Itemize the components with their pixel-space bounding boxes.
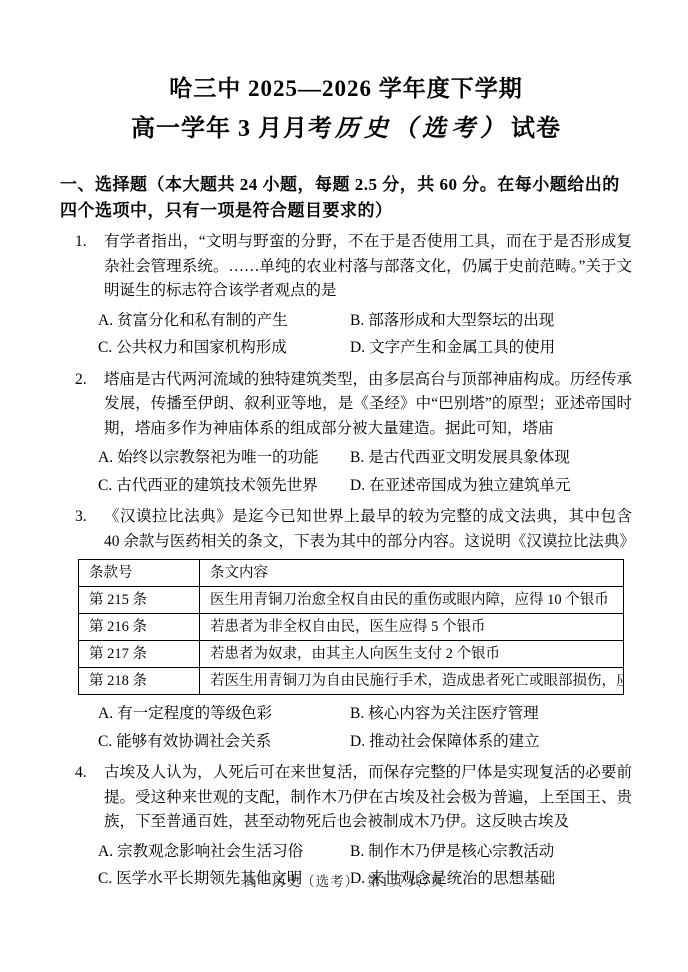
option-item: B.部落形成和大型祭坛的出现 xyxy=(350,307,632,335)
exam-title-line1: 哈三中 2025—2026 学年度下学期 xyxy=(60,70,632,108)
option-label: B. xyxy=(350,843,364,860)
option-item: D.推动社会保障体系的建立 xyxy=(350,728,632,756)
option-text: 核心内容为关注医疗管理 xyxy=(368,705,539,722)
question-3-options: A.有一定程度的等级色彩 B.核心内容为关注医疗管理 C.能够有效协调社会关系 … xyxy=(98,700,632,755)
option-item: B.核心内容为关注医疗管理 xyxy=(350,700,632,728)
table-row: 第 215 条 医生用青铜刀治愈全权自由民的重伤或眼内障，应得 10 个银币 xyxy=(79,587,624,614)
question-3-number: 3. xyxy=(75,505,87,530)
exam-title: 哈三中 2025—2026 学年度下学期 高一学年 3 月月考历史（选考）试卷 xyxy=(60,70,632,150)
option-item: C.能够有效协调社会关系 xyxy=(98,728,350,756)
option-text: 始终以宗教祭祀为唯一的功能 xyxy=(117,449,319,466)
option-label: D. xyxy=(350,339,365,356)
table-cell-article-no: 第 218 条 xyxy=(79,668,200,695)
title-line2-suffix: 试卷 xyxy=(511,116,561,142)
option-item: A.有一定程度的等级色彩 xyxy=(98,700,350,728)
option-text: 能够有效协调社会关系 xyxy=(116,733,271,750)
option-label: C. xyxy=(98,477,112,494)
option-item: C.公共权力和国家机构形成 xyxy=(98,334,350,362)
option-item: D.文字产生和金属工具的使用 xyxy=(350,334,632,362)
option-label: B. xyxy=(350,449,364,466)
question-1-options: A.贫富分化和私有制的产生 B.部落形成和大型祭坛的出现 C.公共权力和国家机构… xyxy=(98,307,632,362)
title-line2-prefix: 高一学年 3 月月考 xyxy=(131,116,333,142)
option-label: A. xyxy=(98,449,113,466)
option-item: B.是古代西亚文明发展具象体现 xyxy=(350,444,632,472)
option-item: A.始终以宗教祭祀为唯一的功能 xyxy=(98,444,350,472)
option-text: 宗教观念影响社会生活习俗 xyxy=(117,843,303,860)
question-2-number: 2. xyxy=(75,368,87,393)
table-cell-article-content: 若患者为奴隶，由其主人向医生支付 2 个银币 xyxy=(200,641,624,668)
option-label: A. xyxy=(98,843,113,860)
table-header-cell: 条文内容 xyxy=(200,560,624,587)
exam-page: 哈三中 2025—2026 学年度下学期 高一学年 3 月月考历史（选考）试卷 … xyxy=(0,0,688,972)
option-text: 是古代西亚文明发展具象体现 xyxy=(368,449,570,466)
table-cell-article-no: 第 217 条 xyxy=(79,641,200,668)
question-1-number: 1. xyxy=(75,230,87,255)
table-cell-article-content: 若医生用青铜刀为自由民施行手术，造成患者死亡或眼部损伤，应处以断指之刑 xyxy=(200,668,624,695)
question-3-stem: 《汉谟拉比法典》是迄今已知世界上最早的较为完整的成文法典，其中包含 40 余款与… xyxy=(104,508,635,550)
title-line2-subject-script: 历史（选考） xyxy=(333,116,511,142)
question-1: 1.有学者指出，“文明与野蛮的分野，不在于是否使用工具，而在于是否形成复杂社会管… xyxy=(60,230,632,304)
option-text: 贫富分化和私有制的产生 xyxy=(117,312,288,329)
option-item: D.在亚述帝国成为独立建筑单元 xyxy=(350,472,632,500)
hammurabi-code-table: 条款号 条文内容 第 215 条 医生用青铜刀治愈全权自由民的重伤或眼内障，应得… xyxy=(78,559,624,695)
option-item: A.宗教观念影响社会生活习俗 xyxy=(98,838,350,866)
option-label: B. xyxy=(350,705,364,722)
question-3: 3.《汉谟拉比法典》是迄今已知世界上最早的较为完整的成文法典，其中包含 40 余… xyxy=(60,505,632,554)
exam-title-line2: 高一学年 3 月月考历史（选考）试卷 xyxy=(60,108,632,150)
option-text: 有一定程度的等级色彩 xyxy=(117,705,272,722)
option-text: 文字产生和金属工具的使用 xyxy=(369,339,555,356)
option-text: 部落形成和大型祭坛的出现 xyxy=(368,312,554,329)
option-text: 制作木乃伊是核心宗教活动 xyxy=(368,843,554,860)
table-header-row: 条款号 条文内容 xyxy=(79,560,624,587)
question-4-stem: 古埃及人认为，人死后可在来世复活，而保存完整的尸体是实现复活的必要前提。受这种来… xyxy=(104,764,632,830)
question-4: 4.古埃及人认为，人死后可在来世复活，而保存完整的尸体是实现复活的必要前提。受这… xyxy=(60,761,632,835)
table-header-cell: 条款号 xyxy=(79,560,200,587)
option-label: A. xyxy=(98,312,113,329)
question-4-number: 4. xyxy=(75,761,87,786)
section-instructions: 一、选择题（本大题共 24 小题，每题 2.5 分，共 60 分。在每小题给出的… xyxy=(60,172,632,224)
table-cell-article-no: 第 216 条 xyxy=(79,614,200,641)
question-1-stem: 有学者指出，“文明与野蛮的分野，不在于是否使用工具，而在于是否形成复杂社会管理系… xyxy=(104,233,632,299)
option-text: 公共权力和国家机构形成 xyxy=(116,339,287,356)
table-cell-article-content: 医生用青铜刀治愈全权自由民的重伤或眼内障，应得 10 个银币 xyxy=(200,587,624,614)
option-item: B.制作木乃伊是核心宗教活动 xyxy=(350,838,632,866)
question-2-options: A.始终以宗教祭祀为唯一的功能 B.是古代西亚文明发展具象体现 C.古代西亚的建… xyxy=(98,444,632,499)
option-label: C. xyxy=(98,733,112,750)
option-text: 古代西亚的建筑技术领先世界 xyxy=(116,477,318,494)
option-label: A. xyxy=(98,705,113,722)
option-item: C.古代西亚的建筑技术领先世界 xyxy=(98,472,350,500)
option-text: 推动社会保障体系的建立 xyxy=(369,733,540,750)
question-2: 2.塔庙是古代两河流域的独特建筑类型，由多层高台与顶部神庙构成。历经传承发展，传… xyxy=(60,368,632,442)
table-row: 第 216 条 若患者为非全权自由民，医生应得 5 个银币 xyxy=(79,614,624,641)
page-footer: 高一历史（选考） 第1页 共7页 xyxy=(0,870,688,890)
table-row: 第 217 条 若患者为奴隶，由其主人向医生支付 2 个银币 xyxy=(79,641,624,668)
table-row: 第 218 条 若医生用青铜刀为自由民施行手术，造成患者死亡或眼部损伤，应处以断… xyxy=(79,668,624,695)
option-label: C. xyxy=(98,339,112,356)
option-label: B. xyxy=(350,312,364,329)
option-item: A.贫富分化和私有制的产生 xyxy=(98,307,350,335)
option-text: 在亚述帝国成为独立建筑单元 xyxy=(369,477,571,494)
table-cell-article-content: 若患者为非全权自由民，医生应得 5 个银币 xyxy=(200,614,624,641)
option-label: D. xyxy=(350,477,365,494)
table-cell-article-no: 第 215 条 xyxy=(79,587,200,614)
option-label: D. xyxy=(350,733,365,750)
question-2-stem: 塔庙是古代两河流域的独特建筑类型，由多层高台与顶部神庙构成。历经传承发展，传播至… xyxy=(104,371,632,437)
